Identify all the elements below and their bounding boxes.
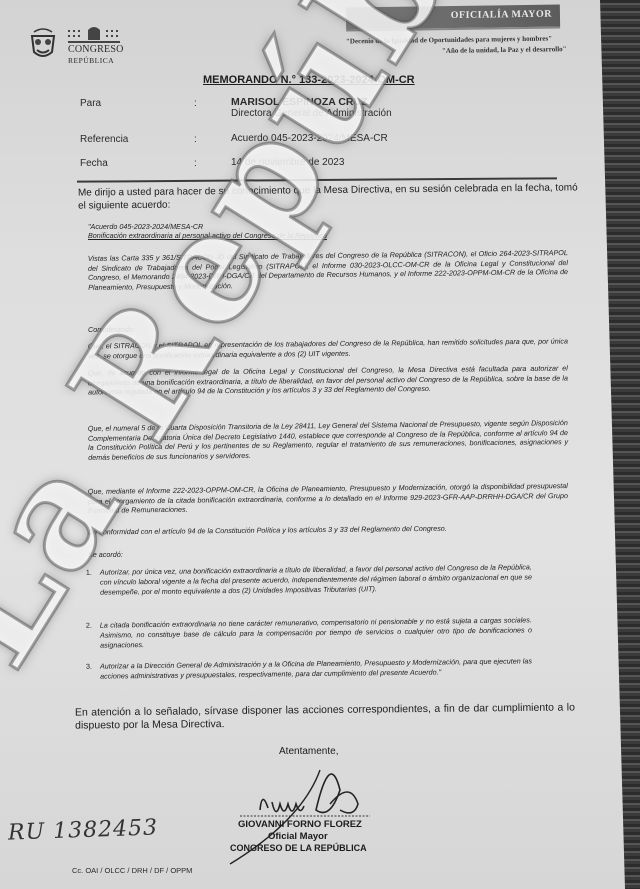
- conformidad-paragraph: De conformidad con el artículo 94 de la …: [88, 522, 568, 537]
- motto-anio: "Año de la unidad, la Paz y el desarroll…: [442, 45, 567, 55]
- closing-paragraph: En atención a lo señalado, sírvase dispo…: [75, 701, 575, 732]
- field-colon: :: [194, 158, 197, 169]
- carbon-copy-list: Cc. OAI / OLCC / DRH / DF / OPPM: [72, 866, 192, 875]
- considerando-paragraph-3: Que, el numeral 5 de la Cuarta Disposici…: [88, 418, 568, 462]
- recipient-title: Directora General de Administración: [231, 108, 392, 119]
- vistas-paragraph: Vistas las Carta 335 y 361/SITRACON-JD d…: [88, 248, 568, 292]
- signatory-organization: CONGRESO DE LA REPÚBLICA: [230, 843, 367, 853]
- signatory-role: Oficial Mayor: [268, 831, 328, 842]
- item-number: 2.: [86, 621, 92, 631]
- oficialia-mayor-band: OFICIALÍA MAYOR: [346, 5, 560, 32]
- item-number: 3.: [86, 662, 92, 672]
- se-acordo-heading: Se acordó:: [88, 550, 568, 560]
- considerando-heading: Considerando:: [88, 325, 568, 335]
- item-text: Autorizar, por única vez, una bonificaci…: [100, 562, 532, 596]
- congress-logo: CONGRESO REPÚBLICA: [28, 22, 128, 67]
- field-colon: :: [194, 98, 197, 109]
- memo-title: MEMORANDO N.° 133-2023-2024-OM-CR: [203, 74, 415, 86]
- handwritten-registry-note: RU 1382453: [8, 815, 159, 845]
- logo-text-republica: REPÚBLICA: [68, 56, 114, 65]
- considerando-paragraph-2: Que, de acuerdo con el informe legal de …: [88, 363, 568, 397]
- reference-value: Acuerdo 045-2023-2024/MESA-CR: [231, 133, 388, 144]
- coat-of-arms-icon: [28, 26, 58, 62]
- logo-text-congreso: CONGRESO: [68, 44, 124, 55]
- salutation: Atentamente,: [279, 746, 338, 757]
- agreement-item: 2. La citada bonificación extraordinaria…: [100, 615, 532, 650]
- field-label-para: Para: [80, 98, 101, 109]
- recipient-name: MARISOL ESPINOZA CRUZ: [231, 96, 368, 108]
- intro-paragraph: Me dirijo a usted para hacer de su conoc…: [78, 181, 578, 212]
- signature-scribble-icon: [190, 760, 400, 870]
- signatory-name: GIOVANNI FORNO FLOREZ: [238, 819, 362, 830]
- band-label: OFICIALÍA MAYOR: [451, 9, 552, 21]
- field-label-fecha: Fecha: [80, 158, 108, 169]
- agreement-subject: Bonificación extraordinaria al personal …: [88, 231, 568, 241]
- item-text: Autorizar a la Dirección General de Admi…: [100, 656, 532, 680]
- agreement-item: 3. Autorizar a la Dirección General de A…: [100, 656, 532, 681]
- field-label-referencia: Referencia: [80, 134, 128, 145]
- motto-decenio: "Decenio de la Igualdad de Oportunidades…: [346, 35, 552, 46]
- considerando-paragraph-4: Que, mediante el Informe 222-2023-OPPM-O…: [88, 481, 568, 515]
- considerando-paragraph-1: Que, el SITRACON y el SITRAPOL en repres…: [88, 336, 568, 360]
- congress-building-icon: [68, 22, 120, 44]
- field-colon: :: [194, 134, 197, 145]
- item-text: La citada bonificación extraordinaria no…: [100, 615, 532, 649]
- memo-page: CONGRESO REPÚBLICA OFICIALÍA MAYOR "Dece…: [0, 0, 625, 889]
- date-value: 14 de noviembre de 2023: [231, 157, 344, 168]
- agreement-item: 1. Autorizar, por única vez, una bonific…: [100, 562, 532, 597]
- item-number: 1.: [86, 568, 92, 578]
